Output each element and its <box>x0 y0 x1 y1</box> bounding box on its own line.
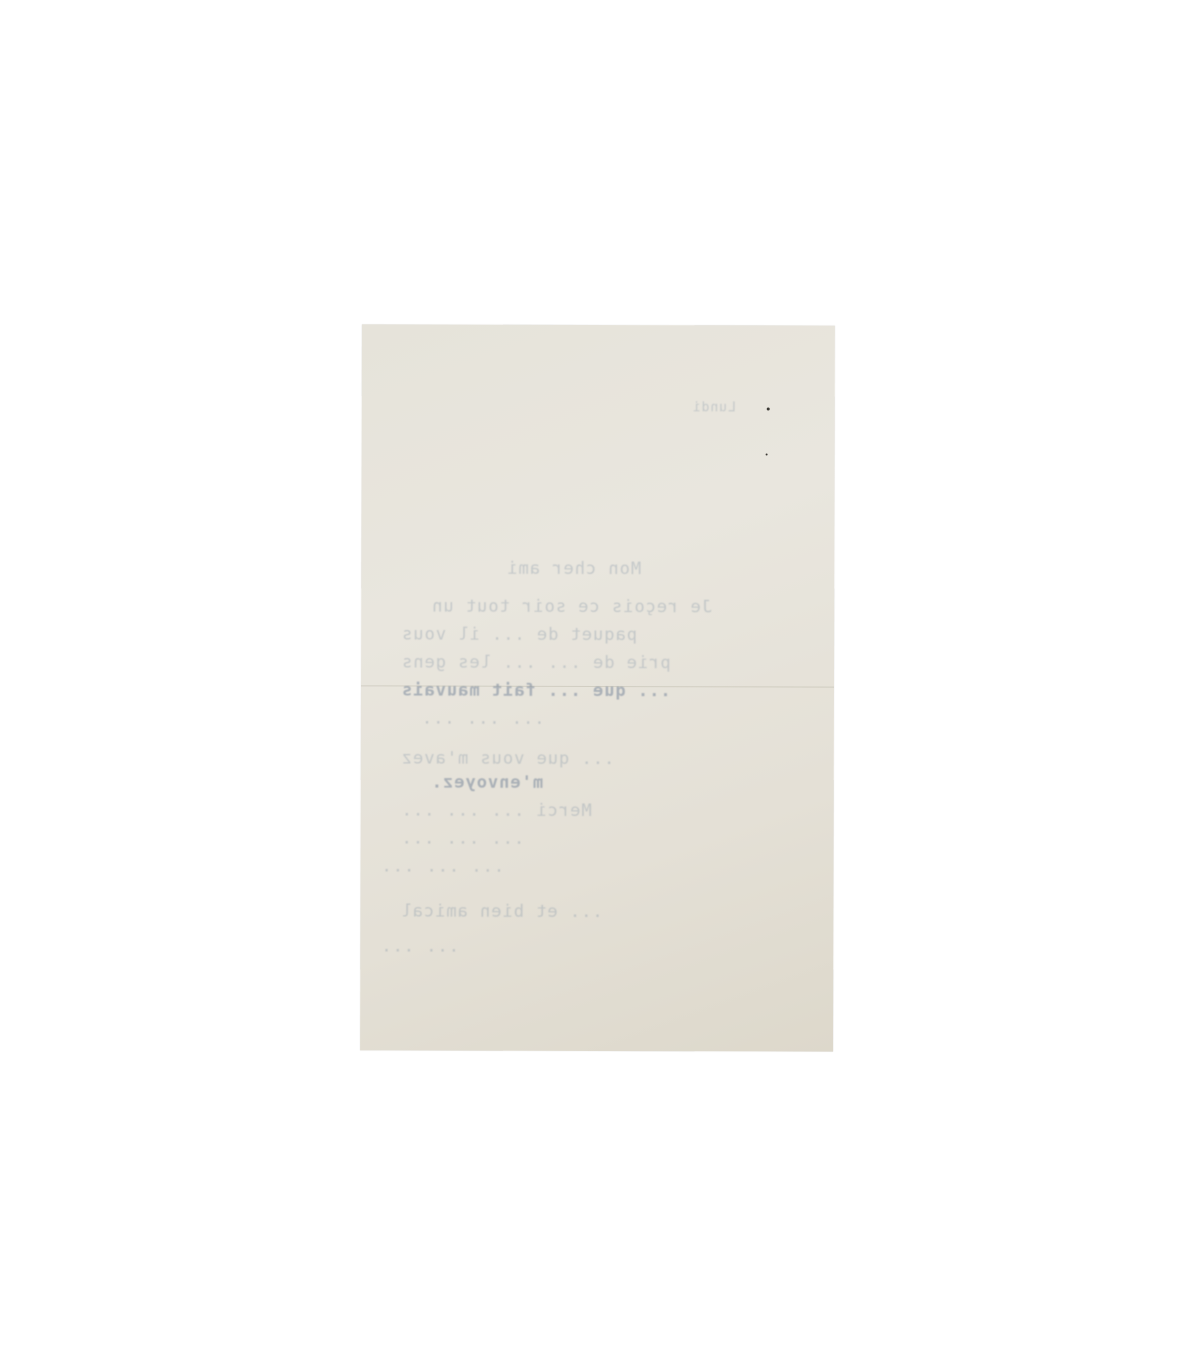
letter-line: ... que ... fait mauvais <box>401 680 671 701</box>
letter-line: ... ... ... <box>421 709 545 729</box>
letter-line: Je reçois ce soir tout un <box>431 597 712 618</box>
letter-line: ... ... ... <box>381 856 505 876</box>
date-line: Lundi <box>692 400 736 415</box>
letter-sheet: Lundi Mon cher ami Je reçois ce soir tou… <box>360 324 835 1051</box>
letter-line: ... que vous m'avez <box>401 748 615 769</box>
letter-line: prie de ... ... les gens <box>401 652 671 673</box>
ink-speck <box>766 453 768 455</box>
ink-speck <box>767 407 770 410</box>
letter-line: ... ... <box>380 936 459 956</box>
letter-line: paquet de ... il vous <box>401 624 637 645</box>
letter-line: ... ... ... <box>401 828 525 848</box>
letter-line: Merci ... ... ... <box>401 800 592 821</box>
salutation: Mon cher ami <box>506 559 641 579</box>
letter-line: m'envoyez. <box>431 773 543 793</box>
letter-line: ... et bien amical <box>400 901 602 922</box>
